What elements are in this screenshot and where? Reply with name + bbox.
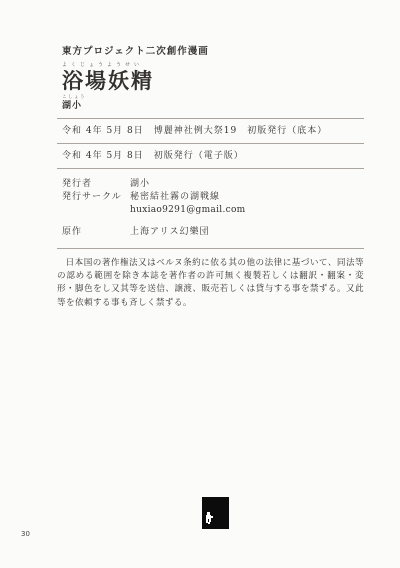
credit-value: 上海アリス幻樂団 bbox=[130, 226, 364, 239]
credit-value: 湖小 bbox=[130, 178, 364, 191]
credit-row-circle: 発行サークル 秘密結社霧の湖戦線 bbox=[62, 191, 364, 204]
fairy-silhouette-icon bbox=[205, 512, 213, 525]
credit-label bbox=[62, 204, 130, 217]
publisher-logo bbox=[202, 497, 229, 529]
colophon-content: 東方プロジェクト二次創作漫画 よくじょうようせい 浴場妖精 こしょう 湖小 令和… bbox=[57, 46, 364, 310]
credits-block: 発行者 湖小 発行サークル 秘密結社霧の湖戦線 huxiao9291@gmail… bbox=[57, 178, 364, 239]
credit-label: 原作 bbox=[62, 226, 130, 239]
book-title: 浴場妖精 bbox=[57, 69, 364, 92]
credit-row-publisher: 発行者 湖小 bbox=[62, 178, 364, 191]
credit-value: 秘密結社霧の湖戦線 bbox=[130, 191, 364, 204]
legal-notice: 日本国の著作権法又はベルヌ条約に依る其の他の法律に基づいて、同法等の認める範囲を… bbox=[57, 257, 364, 310]
divider bbox=[57, 168, 364, 169]
page-number: 30 bbox=[21, 530, 30, 538]
author-name: 湖小 bbox=[57, 101, 364, 111]
author-furigana: こしょう bbox=[57, 95, 364, 100]
credit-row-original-work: 原作 上海アリス幻樂団 bbox=[62, 226, 364, 239]
credit-label: 発行者 bbox=[62, 178, 130, 191]
credit-row-email: huxiao9291@gmail.com bbox=[62, 204, 364, 217]
series-label: 東方プロジェクト二次創作漫画 bbox=[57, 46, 364, 57]
edition-line-digital: 令和 4年 5月 8日 初版発行（電子版） bbox=[57, 144, 364, 168]
colophon-page: 東方プロジェクト二次創作漫画 よくじょうようせい 浴場妖精 こしょう 湖小 令和… bbox=[0, 0, 400, 568]
contact-email: huxiao9291@gmail.com bbox=[130, 204, 364, 217]
credit-label: 発行サークル bbox=[62, 191, 130, 204]
divider bbox=[57, 248, 364, 249]
edition-line-print: 令和 4年 5月 8日 博麗神社例大祭19 初版発行（底本） bbox=[57, 119, 364, 143]
